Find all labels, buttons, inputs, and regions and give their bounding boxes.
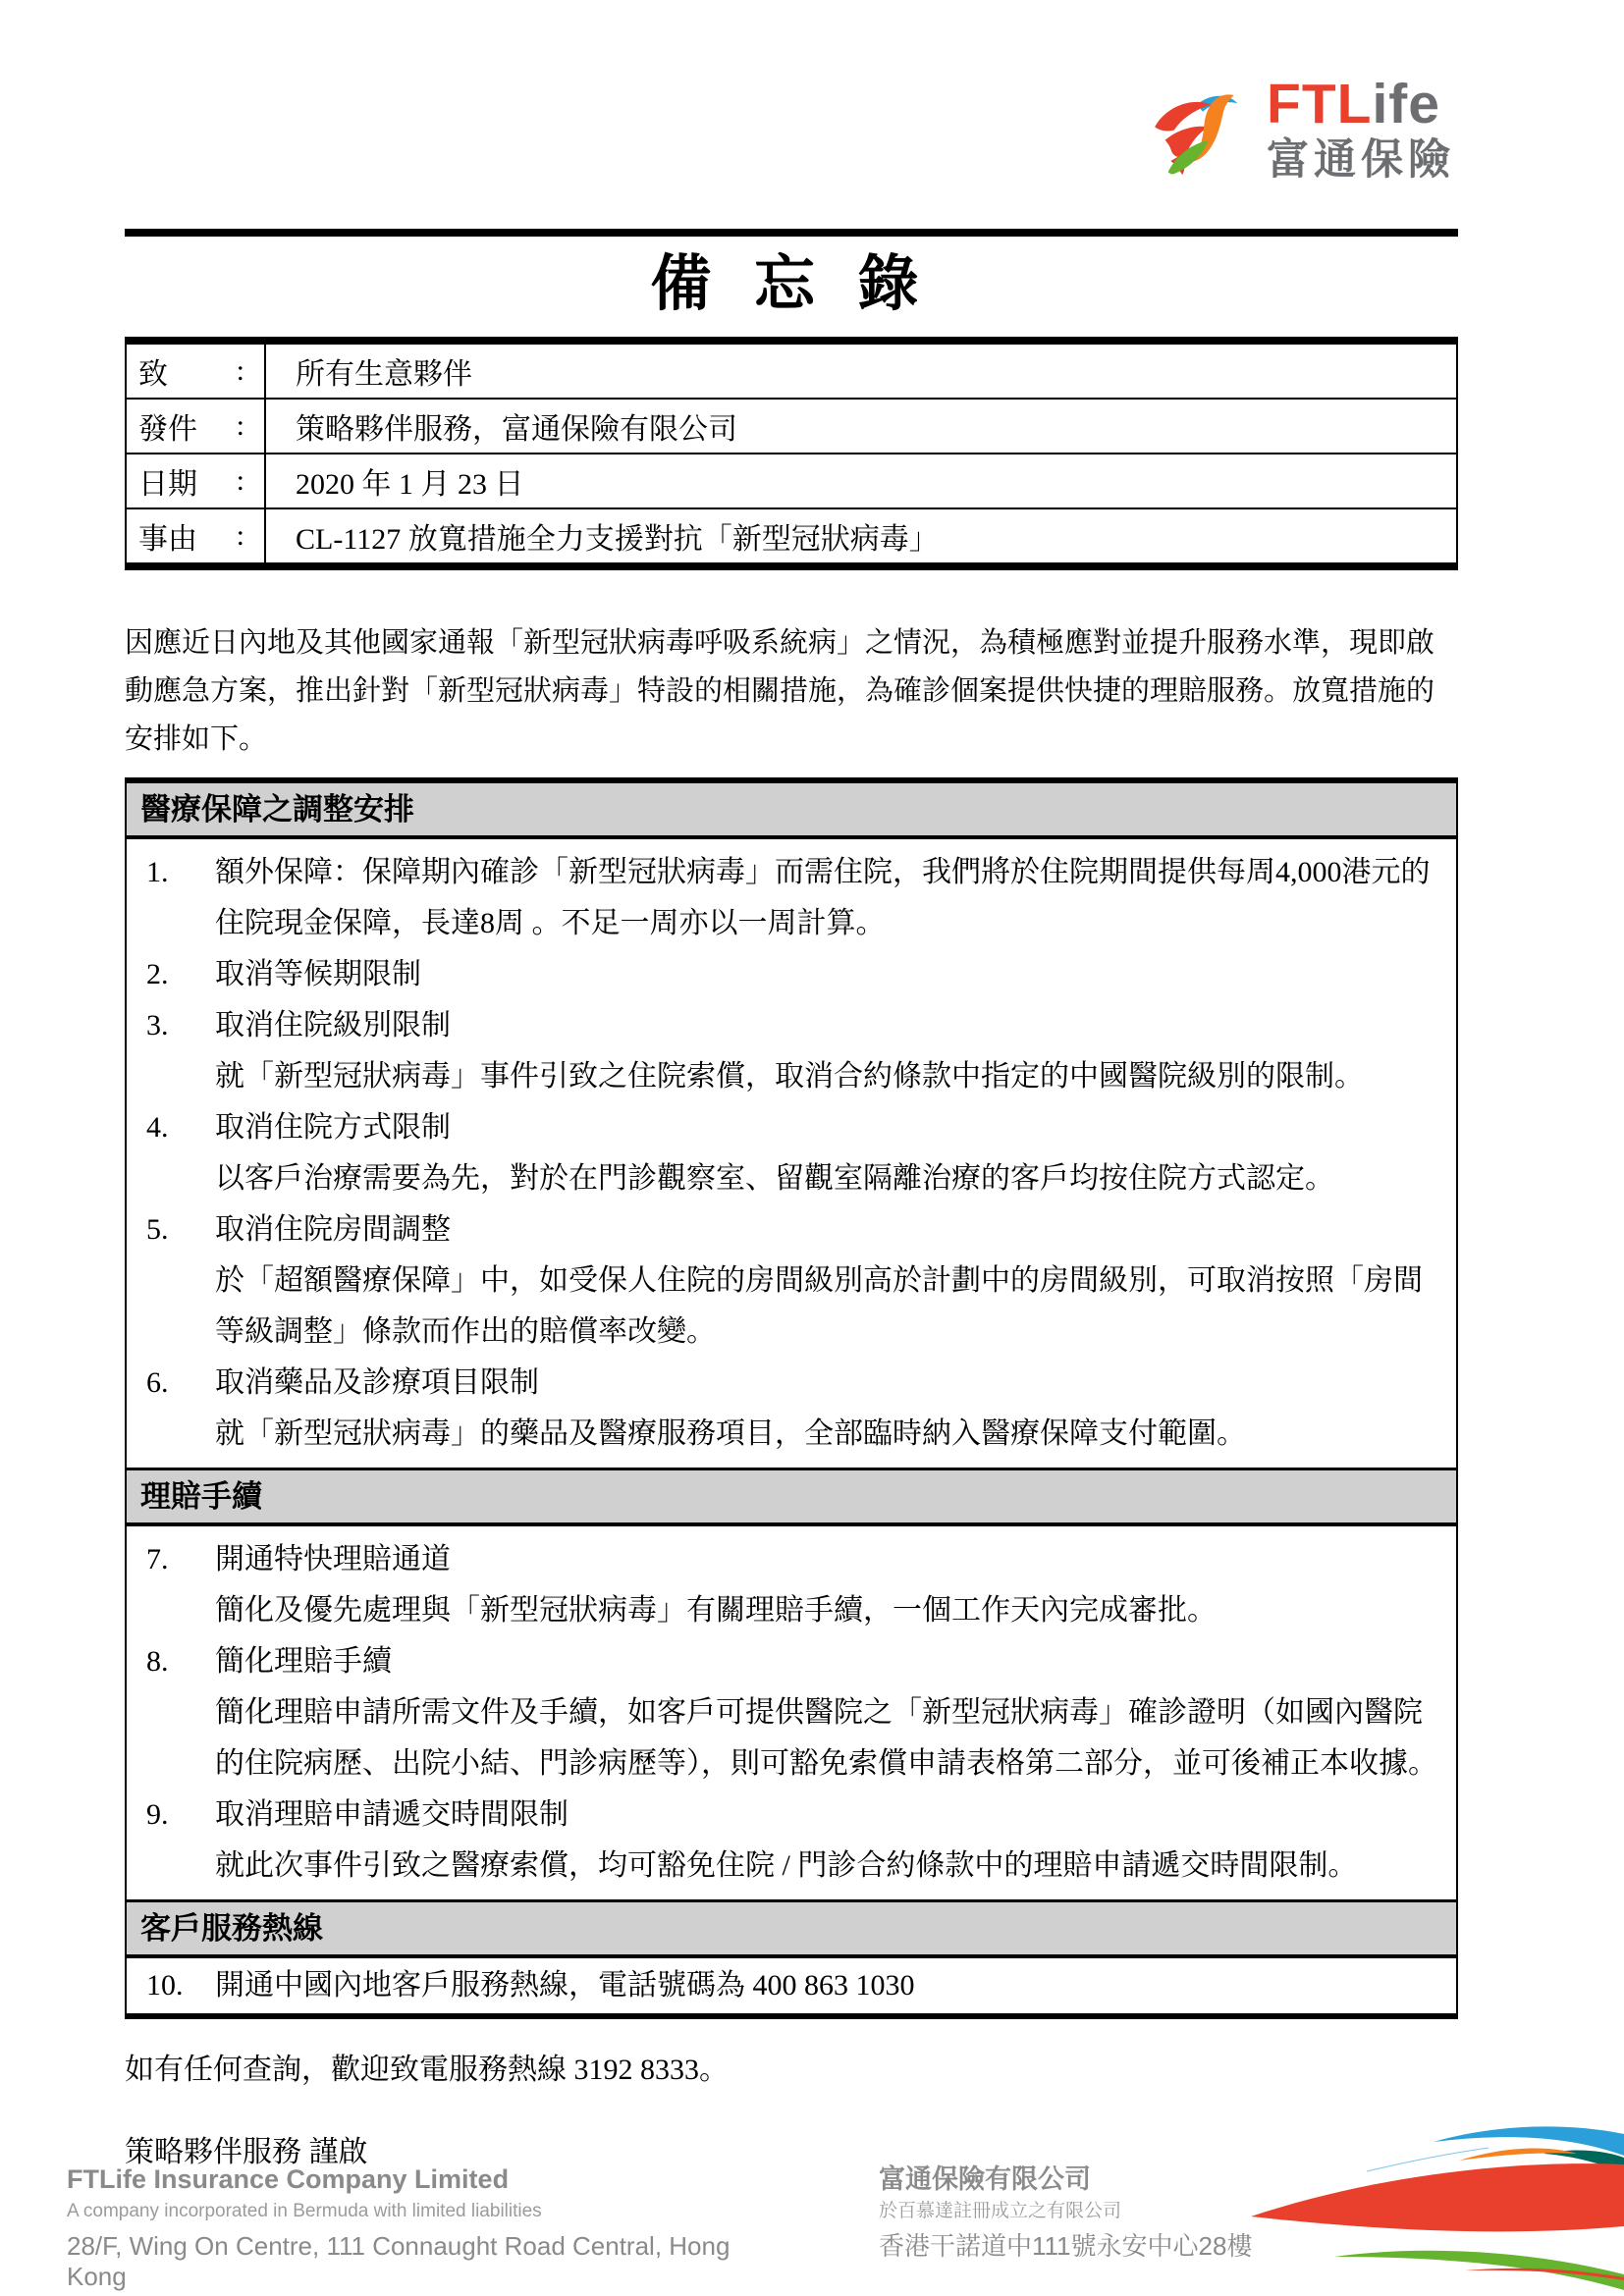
item-number: 3. [146,1000,215,1102]
list-item: 7. 開通特快理賠通道 簡化及優先處理與「新型冠狀病毒」有關理賠手續，一個工作天… [146,1534,1440,1636]
memo-header-row-subject: 事由: CL-1127 放寬措施全力支援對抗「新型冠狀病毒」 [127,509,1456,562]
logo-text-ftl: FTL [1267,73,1372,135]
item-line: 取消藥品及診療項目限制 [215,1358,1440,1409]
item-line: 簡化理賠申請所需文件及手續，如客戶可提供醫院之「新型冠狀病毒」確診證明（如國內醫… [215,1687,1440,1789]
item-line: 取消等候期限制 [215,949,1440,1000]
label-text: 致 [138,349,168,393]
item-number: 4. [146,1102,215,1204]
item-line: 取消住院方式限制 [215,1102,1440,1153]
item-text: 取消等候期限制 [215,949,1440,1000]
logo-wordmark: FTLife 富通保險 [1267,77,1455,182]
memo-header-label: 發件: [127,400,266,453]
memo-content: 備 忘 錄 致: 所有生意夥伴 發件: 策略夥伴服務，富通保險有限公司 日期: … [125,229,1458,2170]
list-item: 8. 簡化理賠手續 簡化理賠申請所需文件及手續，如客戶可提供醫院之「新型冠狀病毒… [146,1636,1440,1789]
memo-page: FTLife 富通保險 備 忘 錄 致: 所有生意夥伴 發件: 策略夥伴服務，富… [0,0,1624,2296]
section-body-claims: 7. 開通特快理賠通道 簡化及優先處理與「新型冠狀病毒」有關理賠手續，一個工作天… [127,1526,1456,1899]
item-line: 簡化理賠手續 [215,1636,1440,1687]
item-text: 取消住院方式限制 以客戶治療需要為先，對於在門診觀察室、留觀室隔離治療的客戶均按… [215,1102,1440,1204]
item-line: 取消住院房間調整 [215,1204,1440,1255]
memo-header-row-from: 發件: 策略夥伴服務，富通保險有限公司 [127,400,1456,454]
item-line: 於「超額醫療保障」中，如受保人住院的房間級別高於計劃中的房間級別，可取消按照「房… [215,1255,1440,1358]
item-line: 開通特快理賠通道 [215,1534,1440,1585]
item-line: 取消理賠申請遞交時間限制 [215,1789,1440,1841]
enquiry-line: 如有任何查詢，歡迎致電服務熱線 3192 8333。 [125,2045,1458,2088]
item-line: 就「新型冠狀病毒」事件引致之住院索償，取消合約條款中指定的中國醫院級別的限制。 [215,1051,1440,1102]
label-colon: : [237,409,244,443]
memo-header-row-date: 日期: 2020 年 1 月 23 日 [127,454,1456,509]
item-number: 8. [146,1636,215,1789]
item-number: 7. [146,1534,215,1636]
section-header-claims: 理賠手續 [127,1468,1456,1526]
item-number: 9. [146,1789,215,1892]
footer-incorporation-en: A company incorporated in Bermuda with l… [67,2201,774,2223]
title-top-rule [125,229,1458,237]
memo-header-value: 策略夥伴服務，富通保險有限公司 [266,400,737,453]
item-line: 額外保障：保障期內確診「新型冠狀病毒」而需住院，我們將於住院期間提供每周4,00… [215,847,1440,949]
list-item: 9. 取消理賠申請遞交時間限制 就此次事件引致之醫療索償，均可豁免住院 / 門診… [146,1789,1440,1892]
item-number: 6. [146,1358,215,1460]
footer-company-en: FTLife Insurance Company Limited [67,2163,774,2195]
item-line: 就此次事件引致之醫療索償，均可豁免住院 / 門診合約條款中的理賠申請遞交時間限制… [215,1841,1440,1892]
hummingbird-icon [1151,77,1253,192]
label-text: 事由 [138,514,197,558]
logo-wordmark-en: FTLife [1267,77,1455,133]
item-text: 開通特快理賠通道 簡化及優先處理與「新型冠狀病毒」有關理賠手續，一個工作天內完成… [215,1534,1440,1636]
item-text: 額外保障：保障期內確診「新型冠狀病毒」而需住院，我們將於住院期間提供每周4,00… [215,847,1440,949]
logo-wordmark-cn: 富通保險 [1267,139,1455,182]
item-line: 就「新型冠狀病毒」的藥品及醫療服務項目，全部臨時納入醫療保障支付範圍。 [215,1409,1440,1460]
label-colon: : [237,464,244,498]
item-line: 取消住院級別限制 [215,1000,1440,1051]
hotline-item: 10. 開通中國內地客戶服務熱線，電話號碼為 400 863 1030 [127,1958,1456,2013]
list-item: 1. 額外保障：保障期內確診「新型冠狀病毒」而需住院，我們將於住院期間提供每周4… [146,847,1440,949]
memo-header-row-to: 致: 所有生意夥伴 [127,345,1456,400]
memo-header-value: 所有生意夥伴 [266,345,472,398]
page-title: 備 忘 錄 [125,244,1458,327]
memo-header-table: 致: 所有生意夥伴 發件: 策略夥伴服務，富通保險有限公司 日期: 2020 年… [125,337,1458,570]
logo-text-ife: ife [1372,73,1440,135]
item-number: 2. [146,949,215,1000]
item-text: 取消住院級別限制 就「新型冠狀病毒」事件引致之住院索償，取消合約條款中指定的中國… [215,1000,1440,1102]
ftlife-logo: FTLife 富通保險 [1151,77,1455,192]
item-number: 5. [146,1204,215,1358]
item-text: 開通中國內地客戶服務熱線，電話號碼為 400 863 1030 [215,1967,1440,2004]
measures-table: 醫療保障之調整安排 1. 額外保障：保障期內確診「新型冠狀病毒」而需住院，我們將… [125,777,1458,2020]
list-item: 2. 取消等候期限制 [146,949,1440,1000]
intro-paragraph: 因應近日內地及其他國家通報「新型冠狀病毒呼吸系統病」之情況，為積極應對並提升服務… [125,619,1458,764]
item-text: 簡化理賠手續 簡化理賠申請所需文件及手續，如客戶可提供醫院之「新型冠狀病毒」確診… [215,1636,1440,1789]
memo-header-label: 事由: [127,509,266,562]
footer-address-en: 28/F, Wing On Centre, 111 Connaught Road… [67,2231,774,2292]
section-body-medical: 1. 額外保障：保障期內確診「新型冠狀病毒」而需住院，我們將於住院期間提供每周4… [127,839,1456,1468]
section-header-hotline: 客戶服務熱線 [127,1899,1456,1958]
item-line: 簡化及優先處理與「新型冠狀病毒」有關理賠手續，一個工作天內完成審批。 [215,1585,1440,1636]
item-text: 取消藥品及診療項目限制 就「新型冠狀病毒」的藥品及醫療服務項目，全部臨時納入醫療… [215,1358,1440,1460]
item-number: 1. [146,847,215,949]
item-line: 以客戶治療需要為先，對於在門診觀察室、留觀室隔離治療的客戶均按住院方式認定。 [215,1153,1440,1204]
memo-header-value: CL-1127 放寬措施全力支援對抗「新型冠狀病毒」 [266,509,939,562]
item-text: 取消理賠申請遞交時間限制 就此次事件引致之醫療索償，均可豁免住院 / 門診合約條… [215,1789,1440,1892]
memo-header-label: 致: [127,345,266,398]
label-text: 發件 [138,404,197,448]
list-item: 5. 取消住院房間調整 於「超額醫療保障」中，如受保人住院的房間級別高於計劃中的… [146,1204,1440,1358]
list-item: 6. 取消藥品及診療項目限制 就「新型冠狀病毒」的藥品及醫療服務項目，全部臨時納… [146,1358,1440,1460]
list-item: 4. 取消住院方式限制 以客戶治療需要為先，對於在門診觀察室、留觀室隔離治療的客… [146,1102,1440,1204]
memo-header-label: 日期: [127,454,266,507]
label-colon: : [237,354,244,388]
list-item: 3. 取消住院級別限制 就「新型冠狀病毒」事件引致之住院索償，取消合約條款中指定… [146,1000,1440,1102]
section-header-medical: 醫療保障之調整安排 [127,783,1456,839]
item-number: 10. [146,1967,215,2004]
label-colon: : [237,519,244,553]
item-text: 取消住院房間調整 於「超額醫療保障」中，如受保人住院的房間級別高於計劃中的房間級… [215,1204,1440,1358]
label-text: 日期 [138,459,197,503]
memo-header-value: 2020 年 1 月 23 日 [266,454,524,507]
footer-english-block: FTLife Insurance Company Limited A compa… [67,2163,774,2293]
brand-swoosh-graphic [1251,2120,1624,2292]
